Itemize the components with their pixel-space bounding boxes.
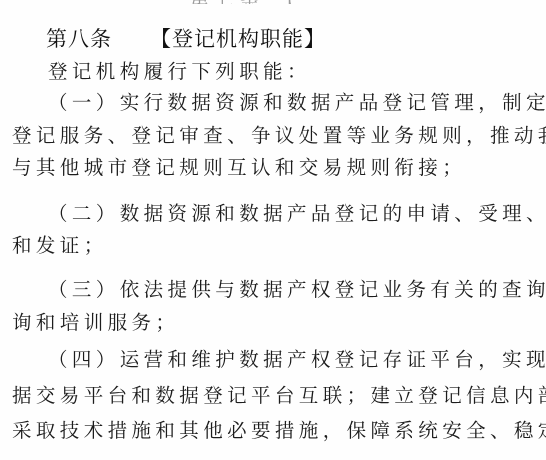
article-number: 第八条 (46, 26, 112, 52)
item-4-line-2: 据交易平台和数据登记平台互联；建立登记信息内部控制制度， (12, 384, 546, 408)
item-1-line-1: （一）实行数据资源和数据产品登记管理，制定并执行数据 (48, 91, 546, 115)
item-3-line-2: 询和培训服务； (12, 311, 179, 335)
article-title: 【登记机构职能】 (150, 26, 326, 52)
item-4-line-1: （四）运营和维护数据产权登记存证平台，实现与市内外数 (48, 348, 546, 372)
article-heading: 第八条【登记机构职能】 (46, 26, 326, 52)
cut-off-next-line (48, 452, 538, 460)
item-3-line-1: （三）依法提供与数据产权登记业务有关的查询、信息、咨 (48, 278, 546, 302)
item-2-line-2: 和发证； (12, 234, 108, 258)
item-1-line-3: 与其他城市登记规则互认和交易规则衔接； (12, 156, 466, 180)
item-4-line-3: 采取技术措施和其他必要措施，保障系统安全、稳定运行； (12, 419, 546, 443)
article-intro: 登记机构履行下列职能： (48, 60, 311, 84)
item-2-line-1: （二）数据资源和数据产品登记的申请、受理、审查、公示 (48, 202, 546, 226)
cut-off-previous-line: 第七条 【……】 (190, 0, 350, 4)
document-page: 第七条 【……】 第八条【登记机构职能】 登记机构履行下列职能： （一）实行数据… (0, 0, 546, 460)
item-1-line-2: 登记服务、登记审查、争议处置等业务规则，推动我市登记规则 (12, 124, 546, 148)
